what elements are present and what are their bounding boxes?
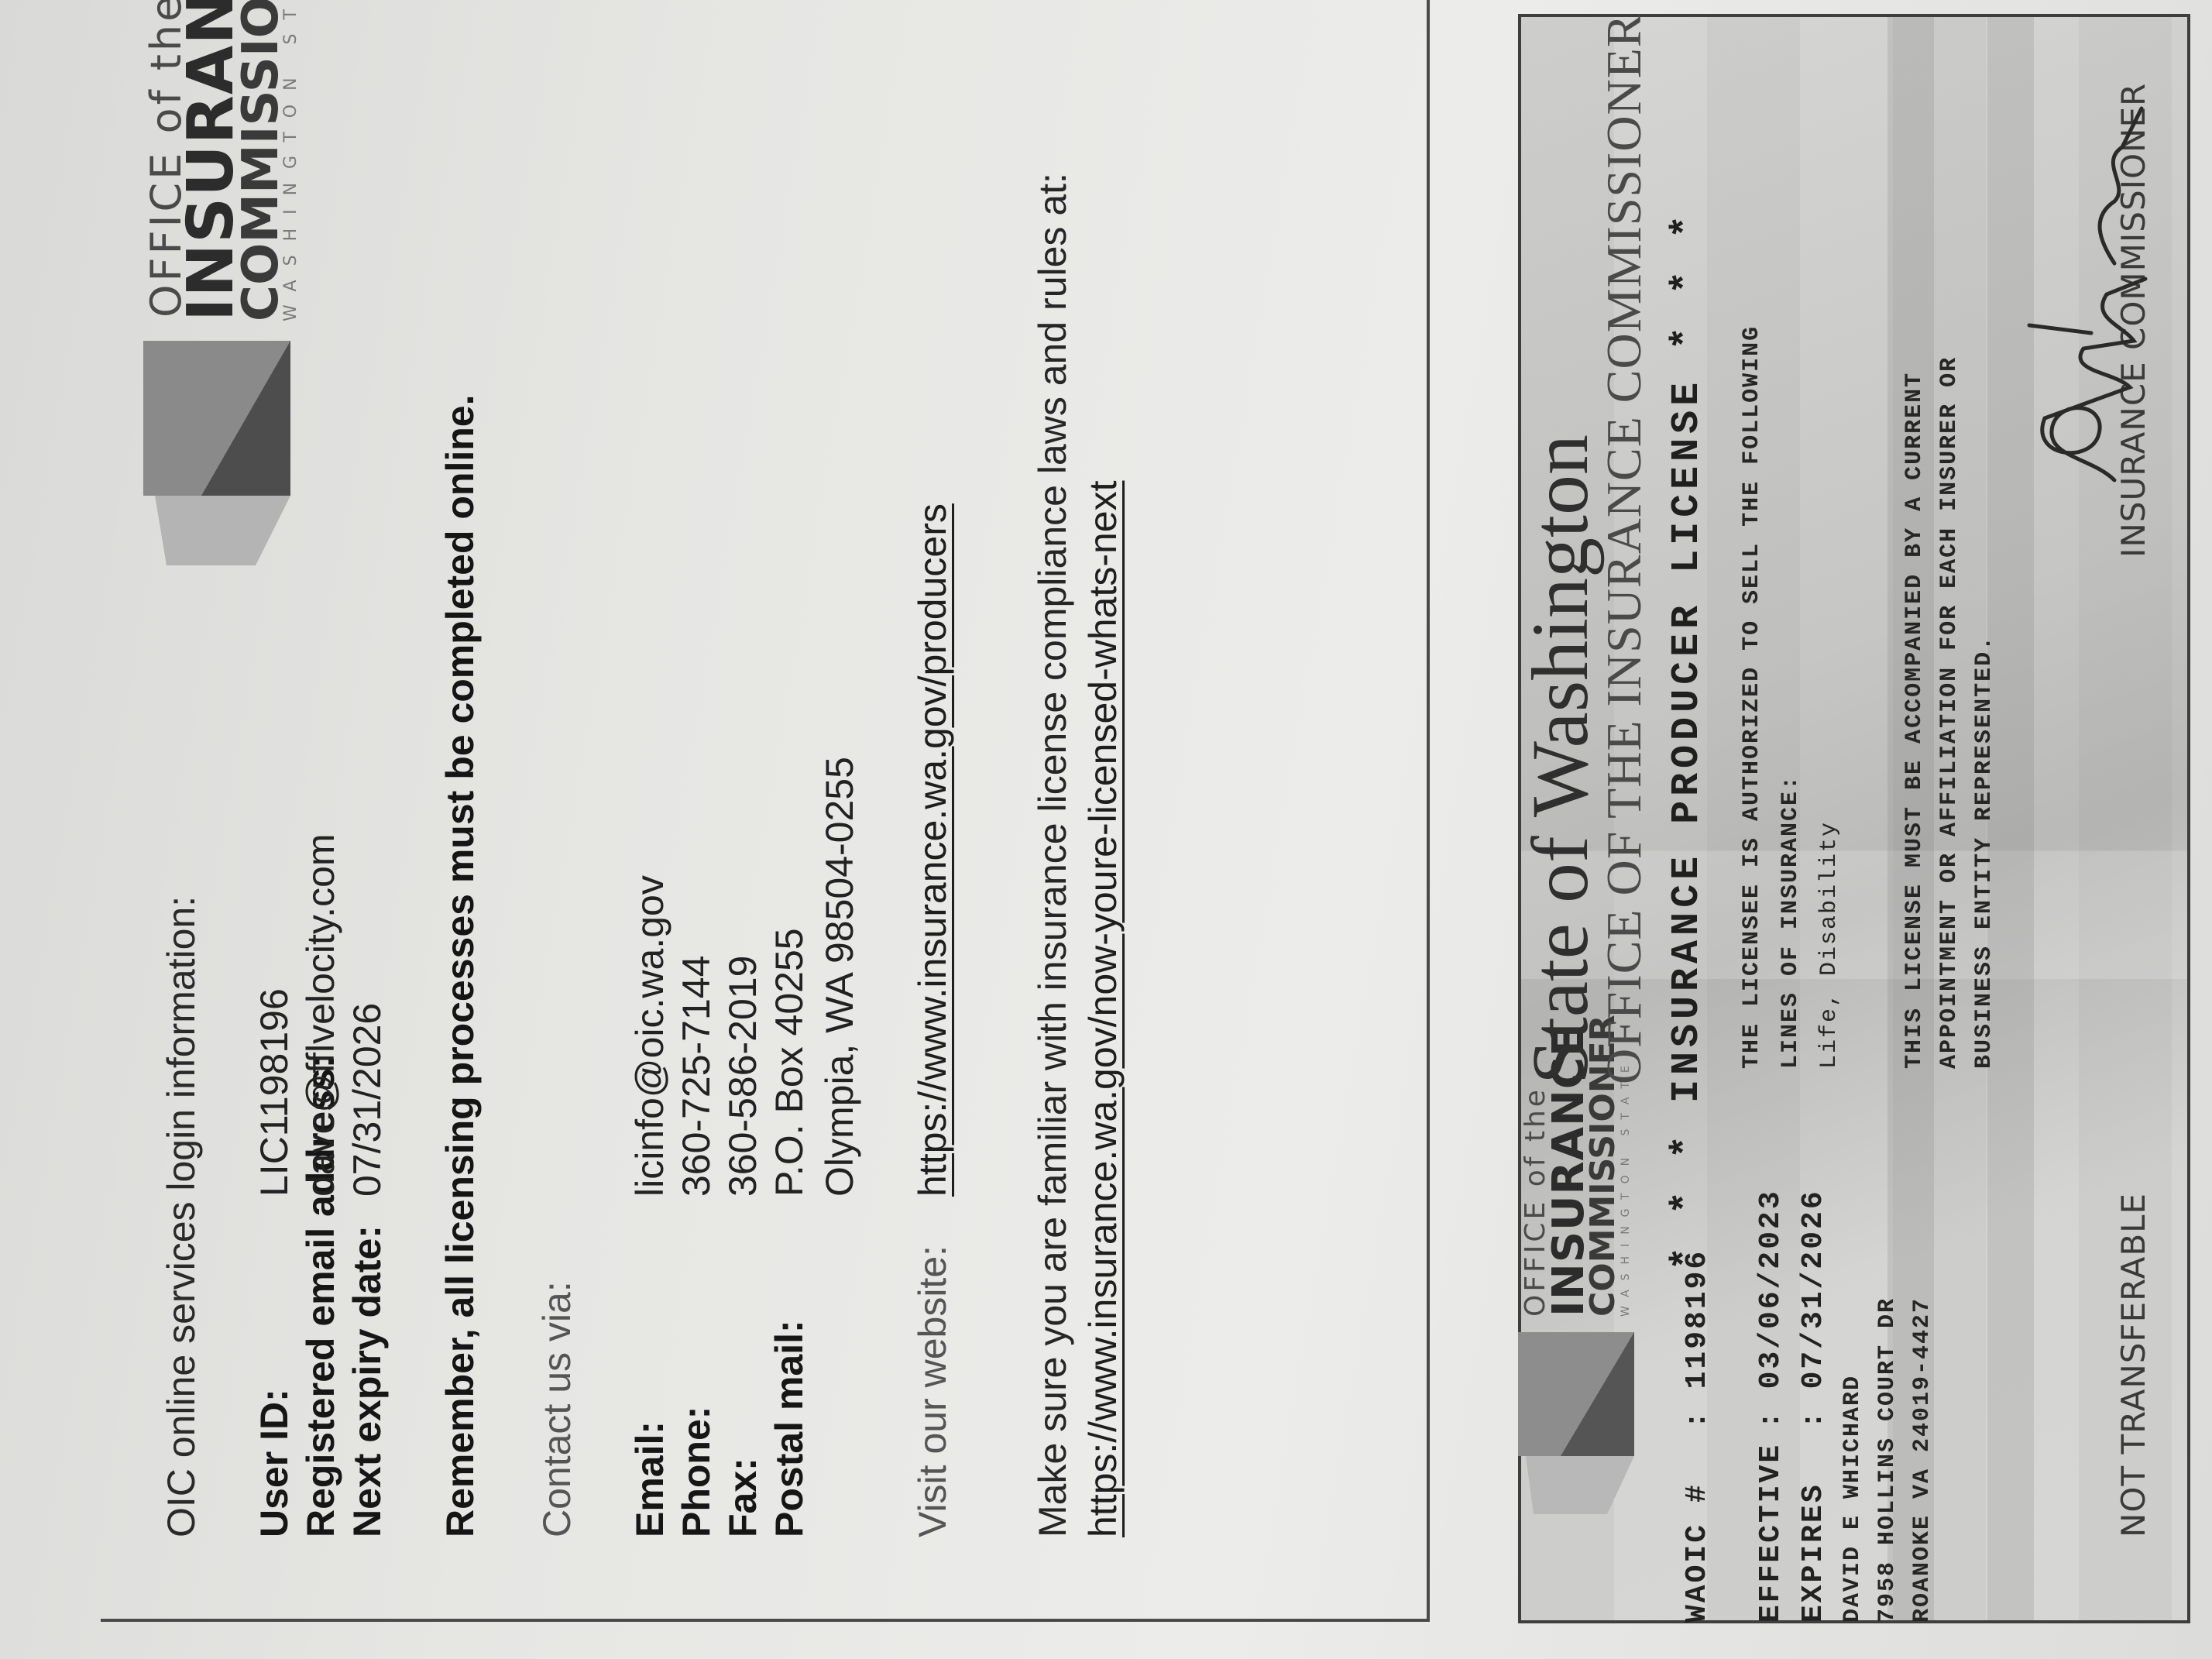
expiry-label: Next expiry date: bbox=[345, 1225, 390, 1537]
notice-line-1: THIS LICENSE MUST BE ACCOMPANIED BY A CU… bbox=[1901, 372, 1928, 1069]
contact-postal-label: Postal mail: bbox=[767, 1320, 812, 1537]
licensee-name: DAVID E WHICHARD bbox=[1839, 1375, 1866, 1623]
contact-fax-value: 360-586-2019 bbox=[720, 956, 765, 1197]
logo-commissioner-wrap: COMMISSIONER bbox=[236, 0, 286, 321]
user-id-label: User ID: bbox=[252, 1389, 297, 1537]
contact-email-value[interactable]: licinfo@oic.wa.gov bbox=[627, 875, 672, 1197]
license-logo-washington-state: WASHINGTON STATE bbox=[1620, 1056, 1631, 1317]
user-id-value: LIC1198196 bbox=[252, 988, 297, 1197]
waoic-value: : 1198196 bbox=[1681, 1249, 1714, 1429]
licensee-address-line1: 7958 HOLLINS COURT DR bbox=[1874, 1297, 1901, 1623]
expires-label: EXPIRES bbox=[1797, 1482, 1830, 1623]
compliance-text: Make sure you are familiar with insuranc… bbox=[1030, 173, 1075, 1537]
waoic-label: WAOIC # bbox=[1681, 1482, 1714, 1623]
email-value: dave@fflvelocity.com bbox=[298, 833, 343, 1197]
logo-state-wrap: WASHINGTON STATE bbox=[283, 0, 300, 321]
notice-line-3: BUSINESS ENTITY REPRESENTED. bbox=[1971, 635, 1997, 1069]
website-link[interactable]: https://www.insurance.wa.gov/producers bbox=[910, 503, 955, 1197]
website-label: Visit our website: bbox=[910, 1245, 955, 1537]
notice-line-2: APPOINTMENT OR AFFILIATION FOR EACH INSU… bbox=[1936, 356, 1963, 1069]
lines-of-insurance-value: Life, Disability bbox=[1816, 821, 1843, 1069]
expires-value: : 07/31/2026 bbox=[1797, 1189, 1830, 1429]
contact-city-value: Olympia, WA 98504-0255 bbox=[817, 757, 862, 1197]
license-state-title: State of Washington bbox=[1514, 434, 1606, 1084]
compliance-link[interactable]: https://www.insurance.wa.gov/now-youre-l… bbox=[1080, 480, 1125, 1537]
license-type-title: * * * INSURANCE PRODUCER LICENSE * * * bbox=[1665, 211, 1709, 1270]
contact-heading: Contact us via: bbox=[534, 1281, 579, 1537]
effective-value: : 03/06/2023 bbox=[1754, 1189, 1788, 1429]
not-transferable-label: NOT TRANSFERABLE bbox=[2114, 1193, 2152, 1537]
license-logo-mark-icon bbox=[1514, 1332, 1638, 1526]
contact-fax-label: Fax: bbox=[720, 1458, 765, 1537]
contact-email-label: Email: bbox=[627, 1421, 672, 1537]
license-office-title: OFFICE OF THE INSURANCE COMMISSIONER bbox=[1595, 13, 1653, 1084]
reminder-text: Remember, all licensing processes must b… bbox=[438, 395, 483, 1538]
authorized-text: THE LICENSEE IS AUTHORIZED TO SELL THE F… bbox=[1739, 325, 1765, 1069]
contact-phone-label: Phone: bbox=[674, 1407, 719, 1537]
commissioner-signature-icon bbox=[1998, 93, 2153, 496]
contact-postal-value: P.O. Box 40255 bbox=[767, 928, 812, 1197]
login-info-heading: OIC online services login information: bbox=[159, 896, 204, 1537]
logo-commissioner: COMMISSIONER bbox=[236, 0, 286, 321]
logo-washington-state: WASHINGTON STATE bbox=[283, 0, 300, 321]
contact-phone-value: 360-725-7144 bbox=[674, 956, 719, 1197]
license-logo-state-wrap: WASHINGTON STATE bbox=[1620, 1056, 1631, 1317]
expiry-value: 07/31/2026 bbox=[345, 1003, 390, 1197]
oic-logo-mark-icon bbox=[139, 341, 294, 573]
licensee-address-line2: ROANOKE VA 24019-4427 bbox=[1909, 1297, 1935, 1623]
effective-label: EFFECTIVE bbox=[1754, 1443, 1788, 1623]
lines-of-insurance-label: LINES OF INSURANCE: bbox=[1777, 775, 1804, 1069]
